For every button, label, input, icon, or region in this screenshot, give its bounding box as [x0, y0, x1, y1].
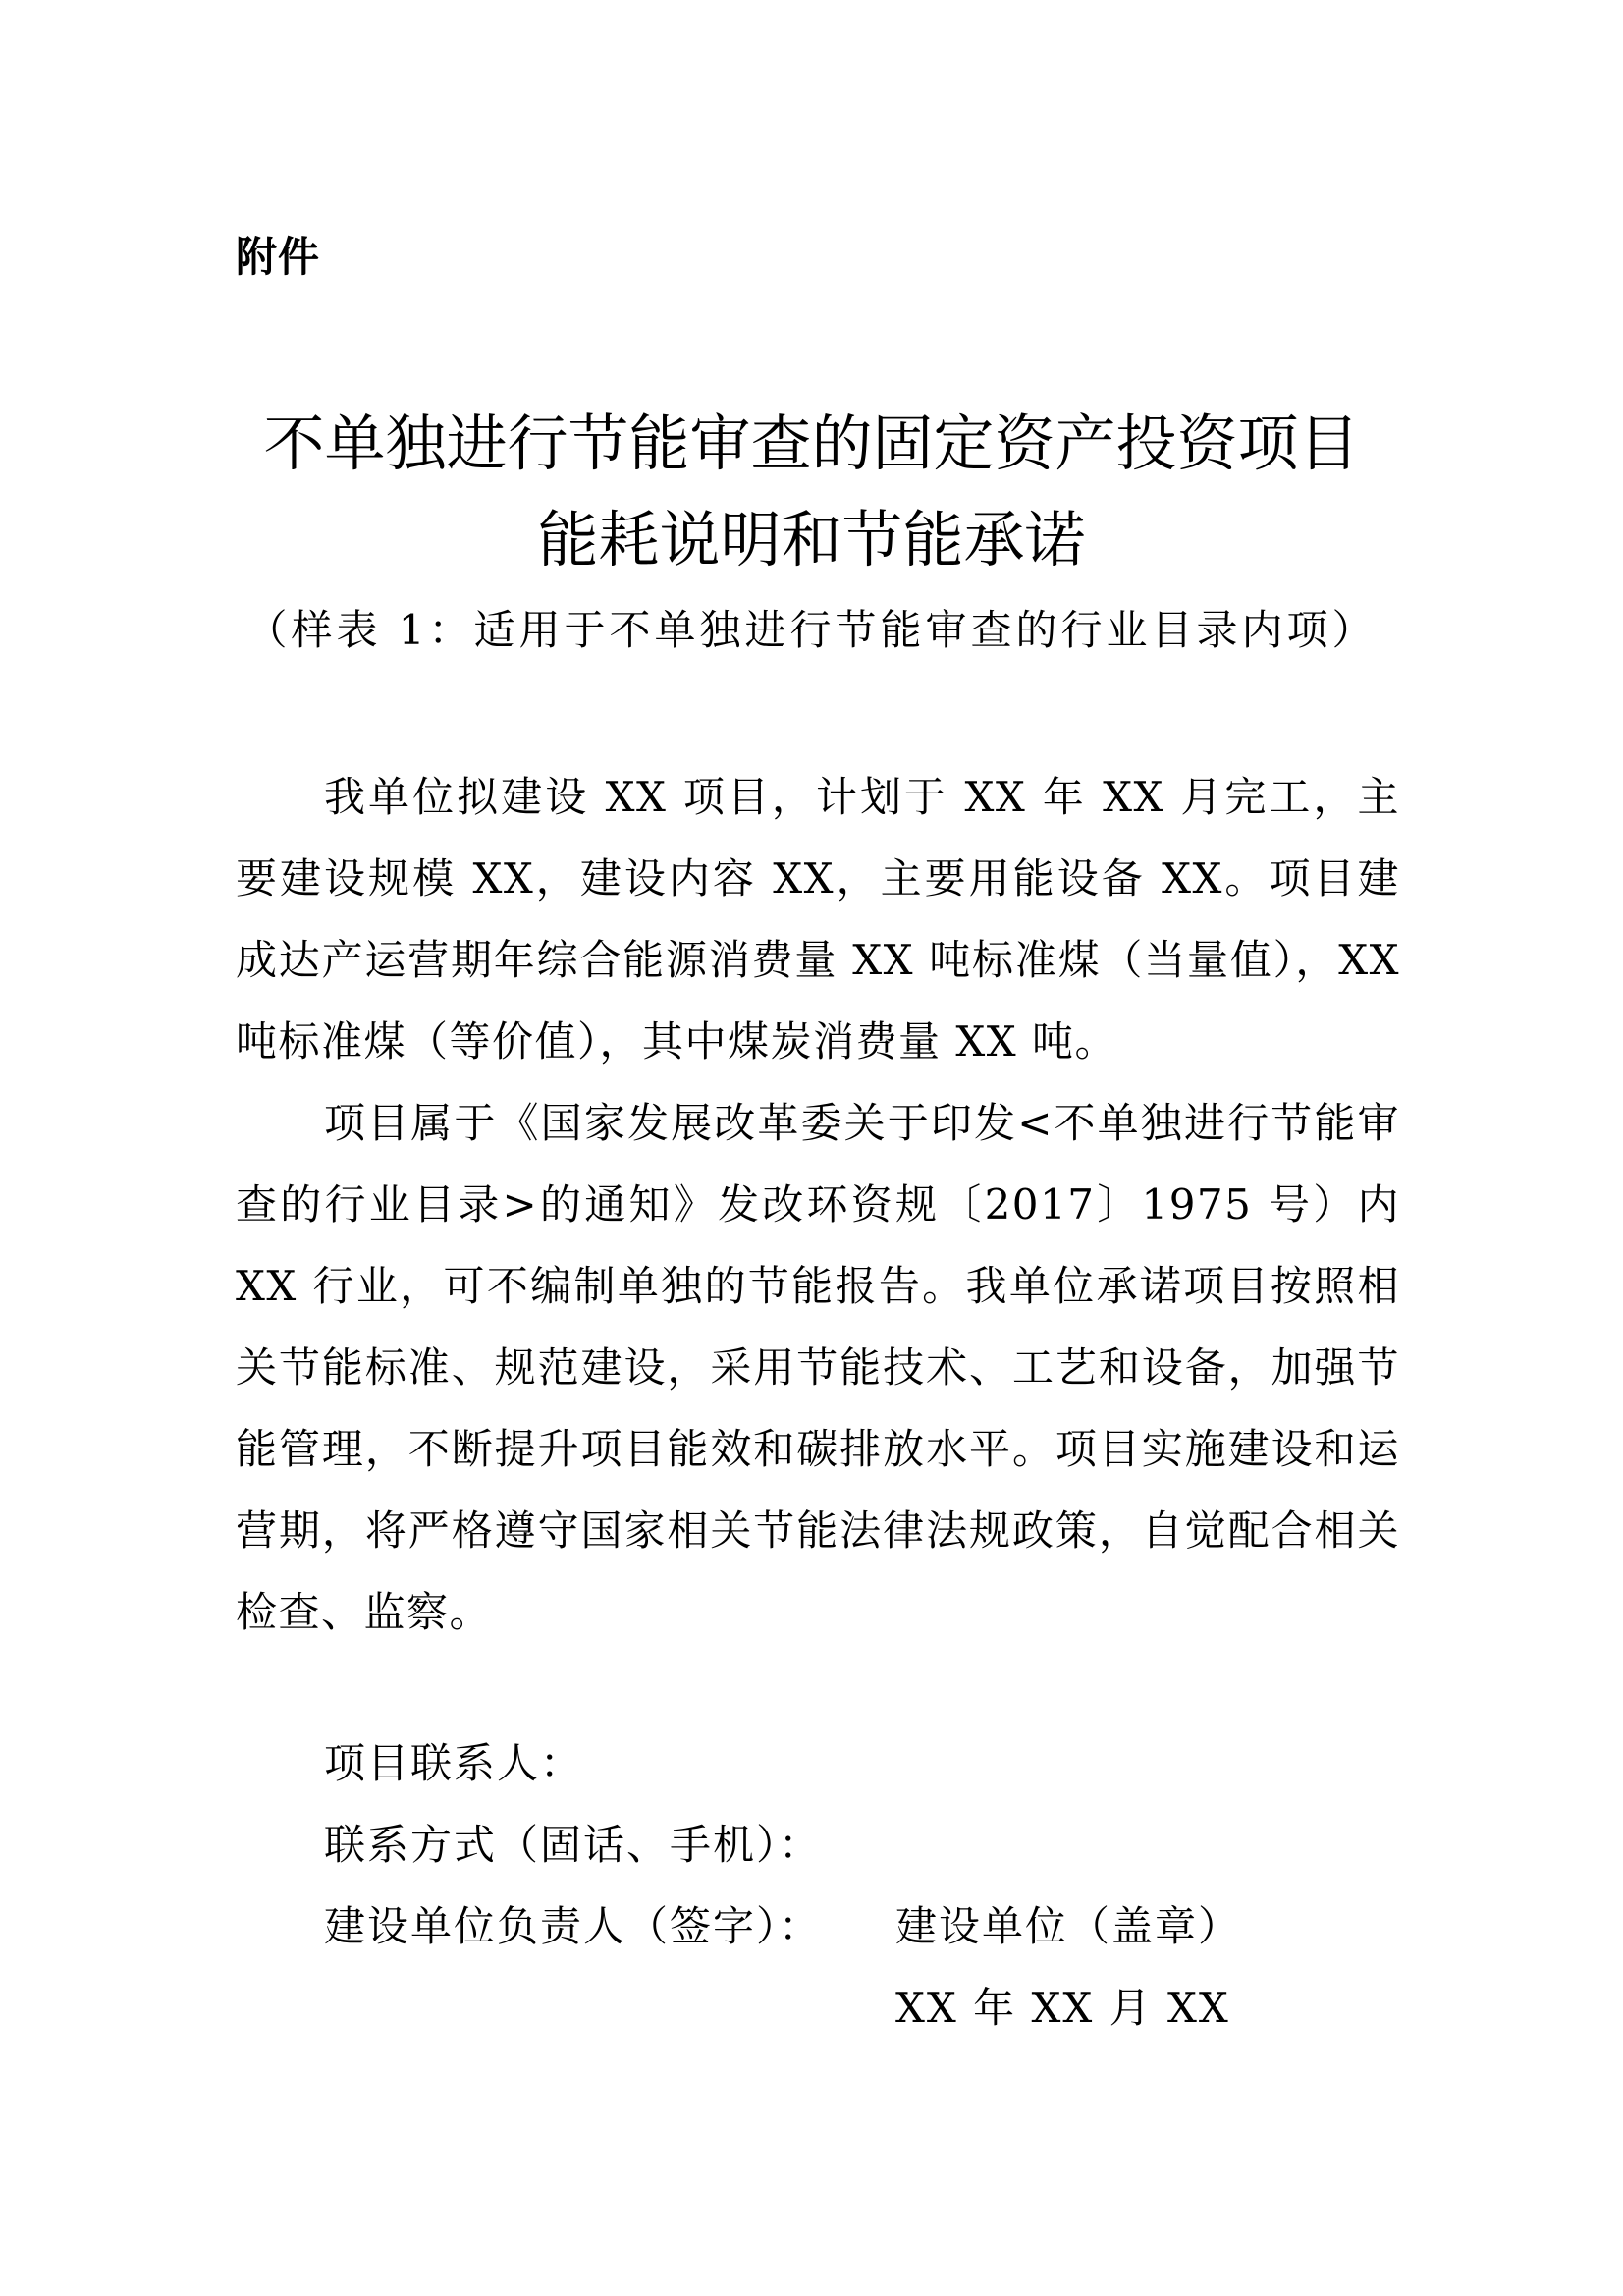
- signature-date: XX 年 XX 月 XX: [895, 1979, 1230, 2038]
- document-title-line-2: 能耗说明和节能承诺: [0, 501, 1623, 579]
- unit-seal-label: 建设单位（盖章）: [895, 1897, 1241, 1956]
- contact-method-label: 联系方式（固话、手机）：: [324, 1816, 822, 1875]
- document-title-line-1: 不单独进行节能审查的固定资产投资项目: [0, 405, 1623, 483]
- document-body: 我单位拟建设 XX 项目，计划于 XX 年 XX 月完工，主要建设规模 XX，建…: [236, 756, 1400, 1653]
- body-paragraph-2: 项目属于《国家发展改革委关于印发<不单独进行节能审查的行业目录>的通知》发改环资…: [236, 1082, 1400, 1653]
- attachment-label: 附件: [236, 232, 320, 283]
- contact-person-label: 项目联系人：: [324, 1734, 583, 1793]
- document-page: 附件 不单独进行节能审查的固定资产投资项目 能耗说明和节能承诺 （样表 1：适用…: [0, 0, 1623, 2296]
- responsible-person-label: 建设单位负责人（签字）：: [324, 1897, 822, 1956]
- body-paragraph-1: 我单位拟建设 XX 项目，计划于 XX 年 XX 月完工，主要建设规模 XX，建…: [236, 756, 1400, 1082]
- document-subtitle: （样表 1：适用于不单独进行节能审查的行业目录内项）: [0, 601, 1623, 660]
